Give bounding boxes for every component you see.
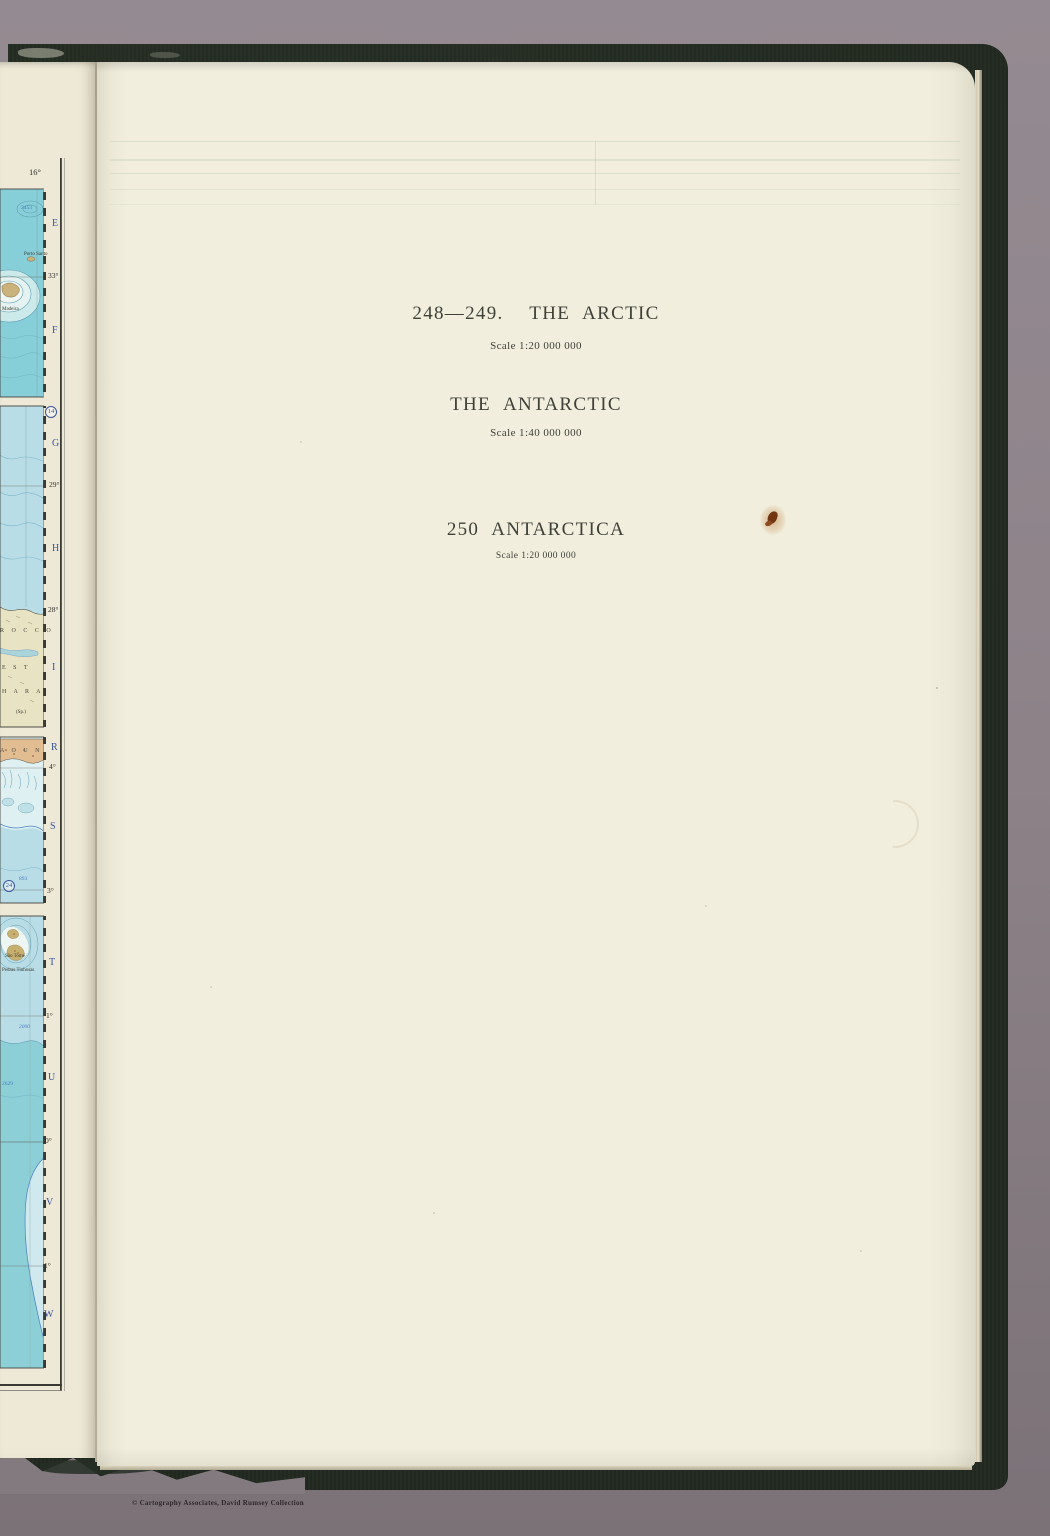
map-row-letter: T <box>49 958 55 968</box>
latitude-tick: 3° <box>47 887 54 895</box>
atlas-index-titles: 248—249. THE ARCTIC Scale 1:20 000 000 T… <box>97 0 975 700</box>
map-row-letter: V <box>46 1198 53 1208</box>
territory-note: (Sp.) <box>16 710 26 715</box>
map-row-letter: F <box>52 326 58 336</box>
latitude-tick: 4° <box>49 763 56 771</box>
collection-credit: © Cartography Associates, David Rumsey C… <box>132 1499 304 1507</box>
meridian-label: 16° <box>29 168 41 177</box>
index-entry-heading: 250 ANTARCTICA <box>97 519 975 541</box>
country-label: E S T <box>2 666 31 671</box>
map-edge-graphics <box>0 0 96 1536</box>
map-row-letter: H <box>52 544 59 554</box>
country-label: R O C C O <box>0 629 54 634</box>
paper-speck <box>210 986 212 988</box>
map-row-letter: S <box>50 822 56 832</box>
map-panel-morocco <box>0 406 46 727</box>
index-entry-scale: Scale 1:20 000 000 <box>97 340 975 352</box>
paper-speck <box>433 1212 435 1214</box>
country-label: A O U N <box>0 749 43 754</box>
depth-sounding: 2453 <box>21 205 32 211</box>
page-bottom-edge <box>100 1466 972 1470</box>
photographed-atlas-page: 16° E F G H I R S T U V W 33° 29° 28° 4°… <box>0 0 1050 1536</box>
depth-contour-label: 2000 <box>19 1024 30 1030</box>
map-row-letter: U <box>48 1073 55 1083</box>
latitude-tick: 1° <box>46 1012 53 1020</box>
place-label: Madeira <box>2 307 19 312</box>
latitude-tick: 33° <box>48 272 59 280</box>
country-label: H A R A <box>2 690 44 695</box>
depth-sounding: 2629 <box>2 1081 13 1087</box>
depth-sounding: 893 <box>19 876 27 882</box>
paper-speck <box>705 905 707 907</box>
index-entry-heading: THE ANTARCTIC <box>97 394 975 416</box>
map-ref-bubble: 14 <box>45 406 57 418</box>
index-entry-scale: Scale 1:40 000 000 <box>97 427 975 439</box>
latitude-tick: 0° <box>45 1137 52 1145</box>
place-label: Porto Santo <box>24 252 47 257</box>
index-entry-scale: Scale 1:20 000 000 <box>97 551 975 561</box>
map-row-letter: I <box>52 663 55 673</box>
page-stack-edge <box>975 70 982 1462</box>
place-label: São Tomé <box>5 954 25 959</box>
latitude-tick: 29° <box>49 481 60 489</box>
map-row-letter: E <box>52 219 58 229</box>
map-row-letter: G <box>52 439 59 449</box>
paper-speck <box>860 1250 862 1252</box>
latitude-tick: 28° <box>48 606 59 614</box>
map-panel-madeira <box>0 189 46 397</box>
map-panel-gulf-of-guinea <box>0 916 46 1368</box>
map-row-letter: W <box>44 1310 53 1320</box>
map-row-letter: R <box>51 743 58 753</box>
map-ref-bubble: 24 <box>3 880 15 892</box>
index-entry-heading: 248—249. THE ARCTIC <box>97 303 975 325</box>
latitude-tick: 1° <box>44 1262 51 1270</box>
place-label: Pedras Tinhosas <box>2 968 34 973</box>
